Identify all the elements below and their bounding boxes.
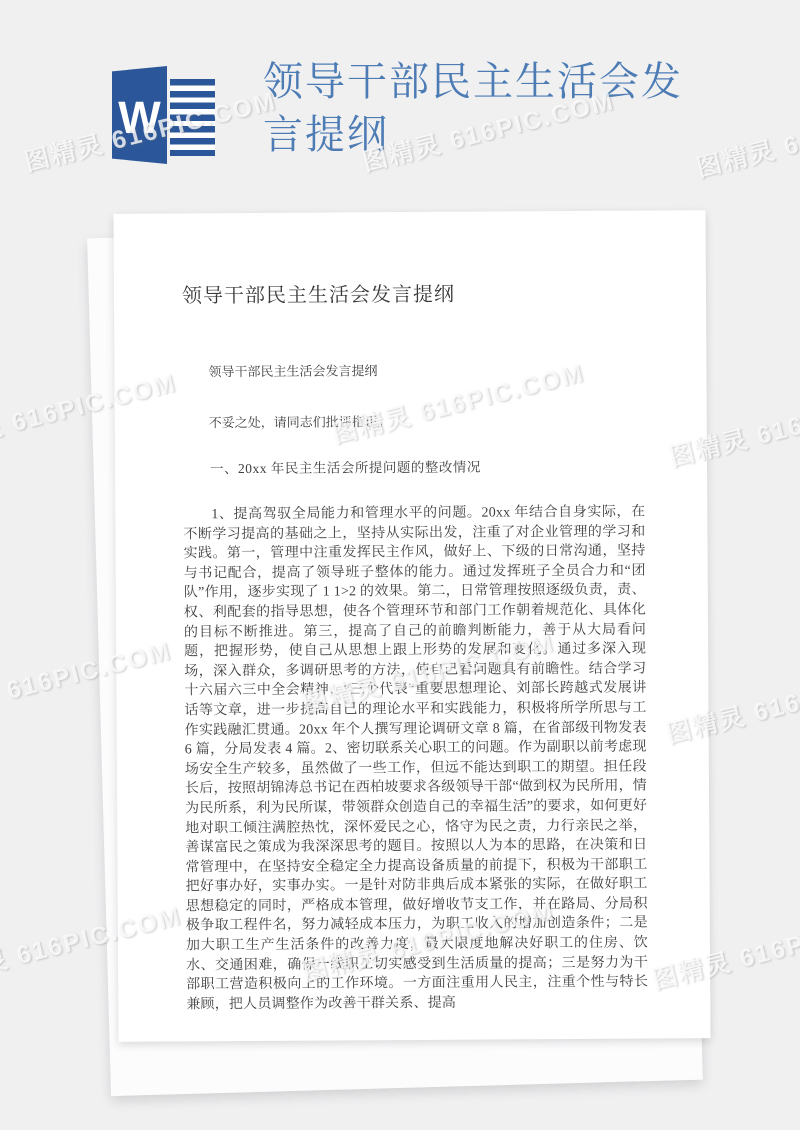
word-w-letter: W (118, 91, 160, 140)
word-panel-icon: W (112, 66, 167, 164)
document-paragraph: 领导干部民主生活会发言提纲 (182, 361, 644, 381)
word-document-lines-icon (170, 79, 215, 156)
document-section-heading: 一、20xx 年民主生活会所提问题的整改情况 (183, 458, 645, 479)
page-title-line1: 领导干部民主生活会发 (263, 56, 683, 109)
page-title: 领导干部民主生活会发 言提纲 (263, 56, 683, 162)
document-paragraph: 不妥之处，请同志们批评指正。 (183, 412, 645, 432)
header: W 领导干部民主生活会发 言提纲 (0, 0, 800, 210)
page-title-line2: 言提纲 (263, 109, 683, 162)
document-preview-page: W 领导干部民主生活会发 言提纲 领导干部民主生活会发言提纲 领导干部民主生活会… (0, 0, 800, 1130)
document-title: 领导干部民主生活会发言提纲 (182, 283, 644, 308)
document-page: 领导干部民主生活会发言提纲 领导干部民主生活会发言提纲 不妥之处，请同志们批评指… (113, 210, 710, 1042)
ms-word-icon: W (112, 64, 216, 168)
document-body-text: 1、提高驾驭全局能力和管理水平的问题。20xx 年结合自身实际，在不断学习提高的… (183, 503, 648, 1015)
